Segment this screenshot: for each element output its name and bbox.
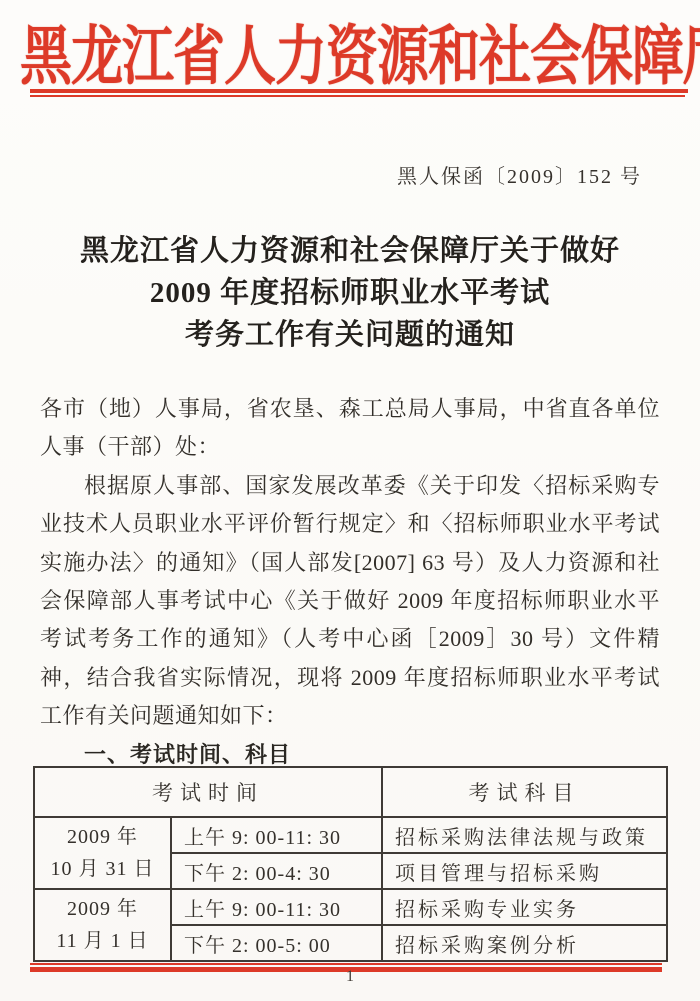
exam-date-cell-nov1: 2009 年 11 月 1 日	[34, 889, 171, 961]
letterhead-rule-thin	[30, 95, 685, 97]
document-title: 黑龙江省人力资源和社会保障厅关于做好 2009 年度招标师职业水平考试 考务工作…	[0, 230, 700, 356]
page-number: 1	[0, 968, 700, 986]
letterhead-rule-thick	[30, 89, 688, 93]
letterhead-agency-name: 黑龙江省人力资源和社会保障厅	[20, 4, 680, 97]
salutation: 各市（地）人事局，省农垦、森工总局人事局，中省直各单位人事（干部）处：	[40, 390, 660, 467]
exam-subject-cell: 项目管理与招标采购	[382, 853, 667, 889]
exam-subject-cell: 招标采购法律法规与政策	[382, 817, 667, 853]
exam-subject-cell: 招标采购专业实务	[382, 889, 667, 925]
exam-schedule-table: 考试时间 考试科目 2009 年 10 月 31 日 上午 9: 00-11: …	[33, 766, 668, 962]
exam-time-header-cell: 考试时间	[34, 767, 382, 817]
exam-time-cell: 下午 2: 00-4: 30	[171, 853, 382, 889]
document-number: 黑人保函〔2009〕152 号	[397, 160, 642, 189]
exam-date-cell-oct31: 2009 年 10 月 31 日	[34, 817, 171, 889]
document-page: 黑龙江省人力资源和社会保障厅 黑人保函〔2009〕152 号 黑龙江省人力资源和…	[0, 0, 700, 1001]
exam-date-year: 2009 年	[35, 821, 170, 853]
table-row: 2009 年 11 月 1 日 上午 9: 00-11: 30 招标采购专业实务	[34, 889, 667, 925]
document-title-line-1: 黑龙江省人力资源和社会保障厅关于做好	[0, 230, 700, 272]
document-title-line-3: 考务工作有关问题的通知	[0, 314, 700, 356]
document-title-line-2: 2009 年度招标师职业水平考试	[0, 272, 700, 314]
body-paragraph: 根据原人事部、国家发展改革委《关于印发〈招标采购专业技术人员职业水平评价暂行规定…	[40, 467, 660, 736]
exam-time-cell: 上午 9: 00-11: 30	[171, 889, 382, 925]
exam-subject-header-cell: 考试科目	[382, 767, 667, 817]
exam-time-cell: 下午 2: 00-5: 00	[171, 925, 382, 961]
document-body: 各市（地）人事局，省农垦、森工总局人事局，中省直各单位人事（干部）处： 根据原人…	[40, 390, 660, 736]
exam-date-day: 10 月 31 日	[35, 853, 170, 885]
exam-subject-cell: 招标采购案例分析	[382, 925, 667, 961]
table-header-row: 考试时间 考试科目	[34, 767, 667, 817]
table-row: 2009 年 10 月 31 日 上午 9: 00-11: 30 招标采购法律法…	[34, 817, 667, 853]
exam-time-cell: 上午 9: 00-11: 30	[171, 817, 382, 853]
footer-rule-thin	[30, 963, 662, 965]
exam-date-day: 11 月 1 日	[35, 925, 170, 957]
exam-date-year: 2009 年	[35, 893, 170, 925]
